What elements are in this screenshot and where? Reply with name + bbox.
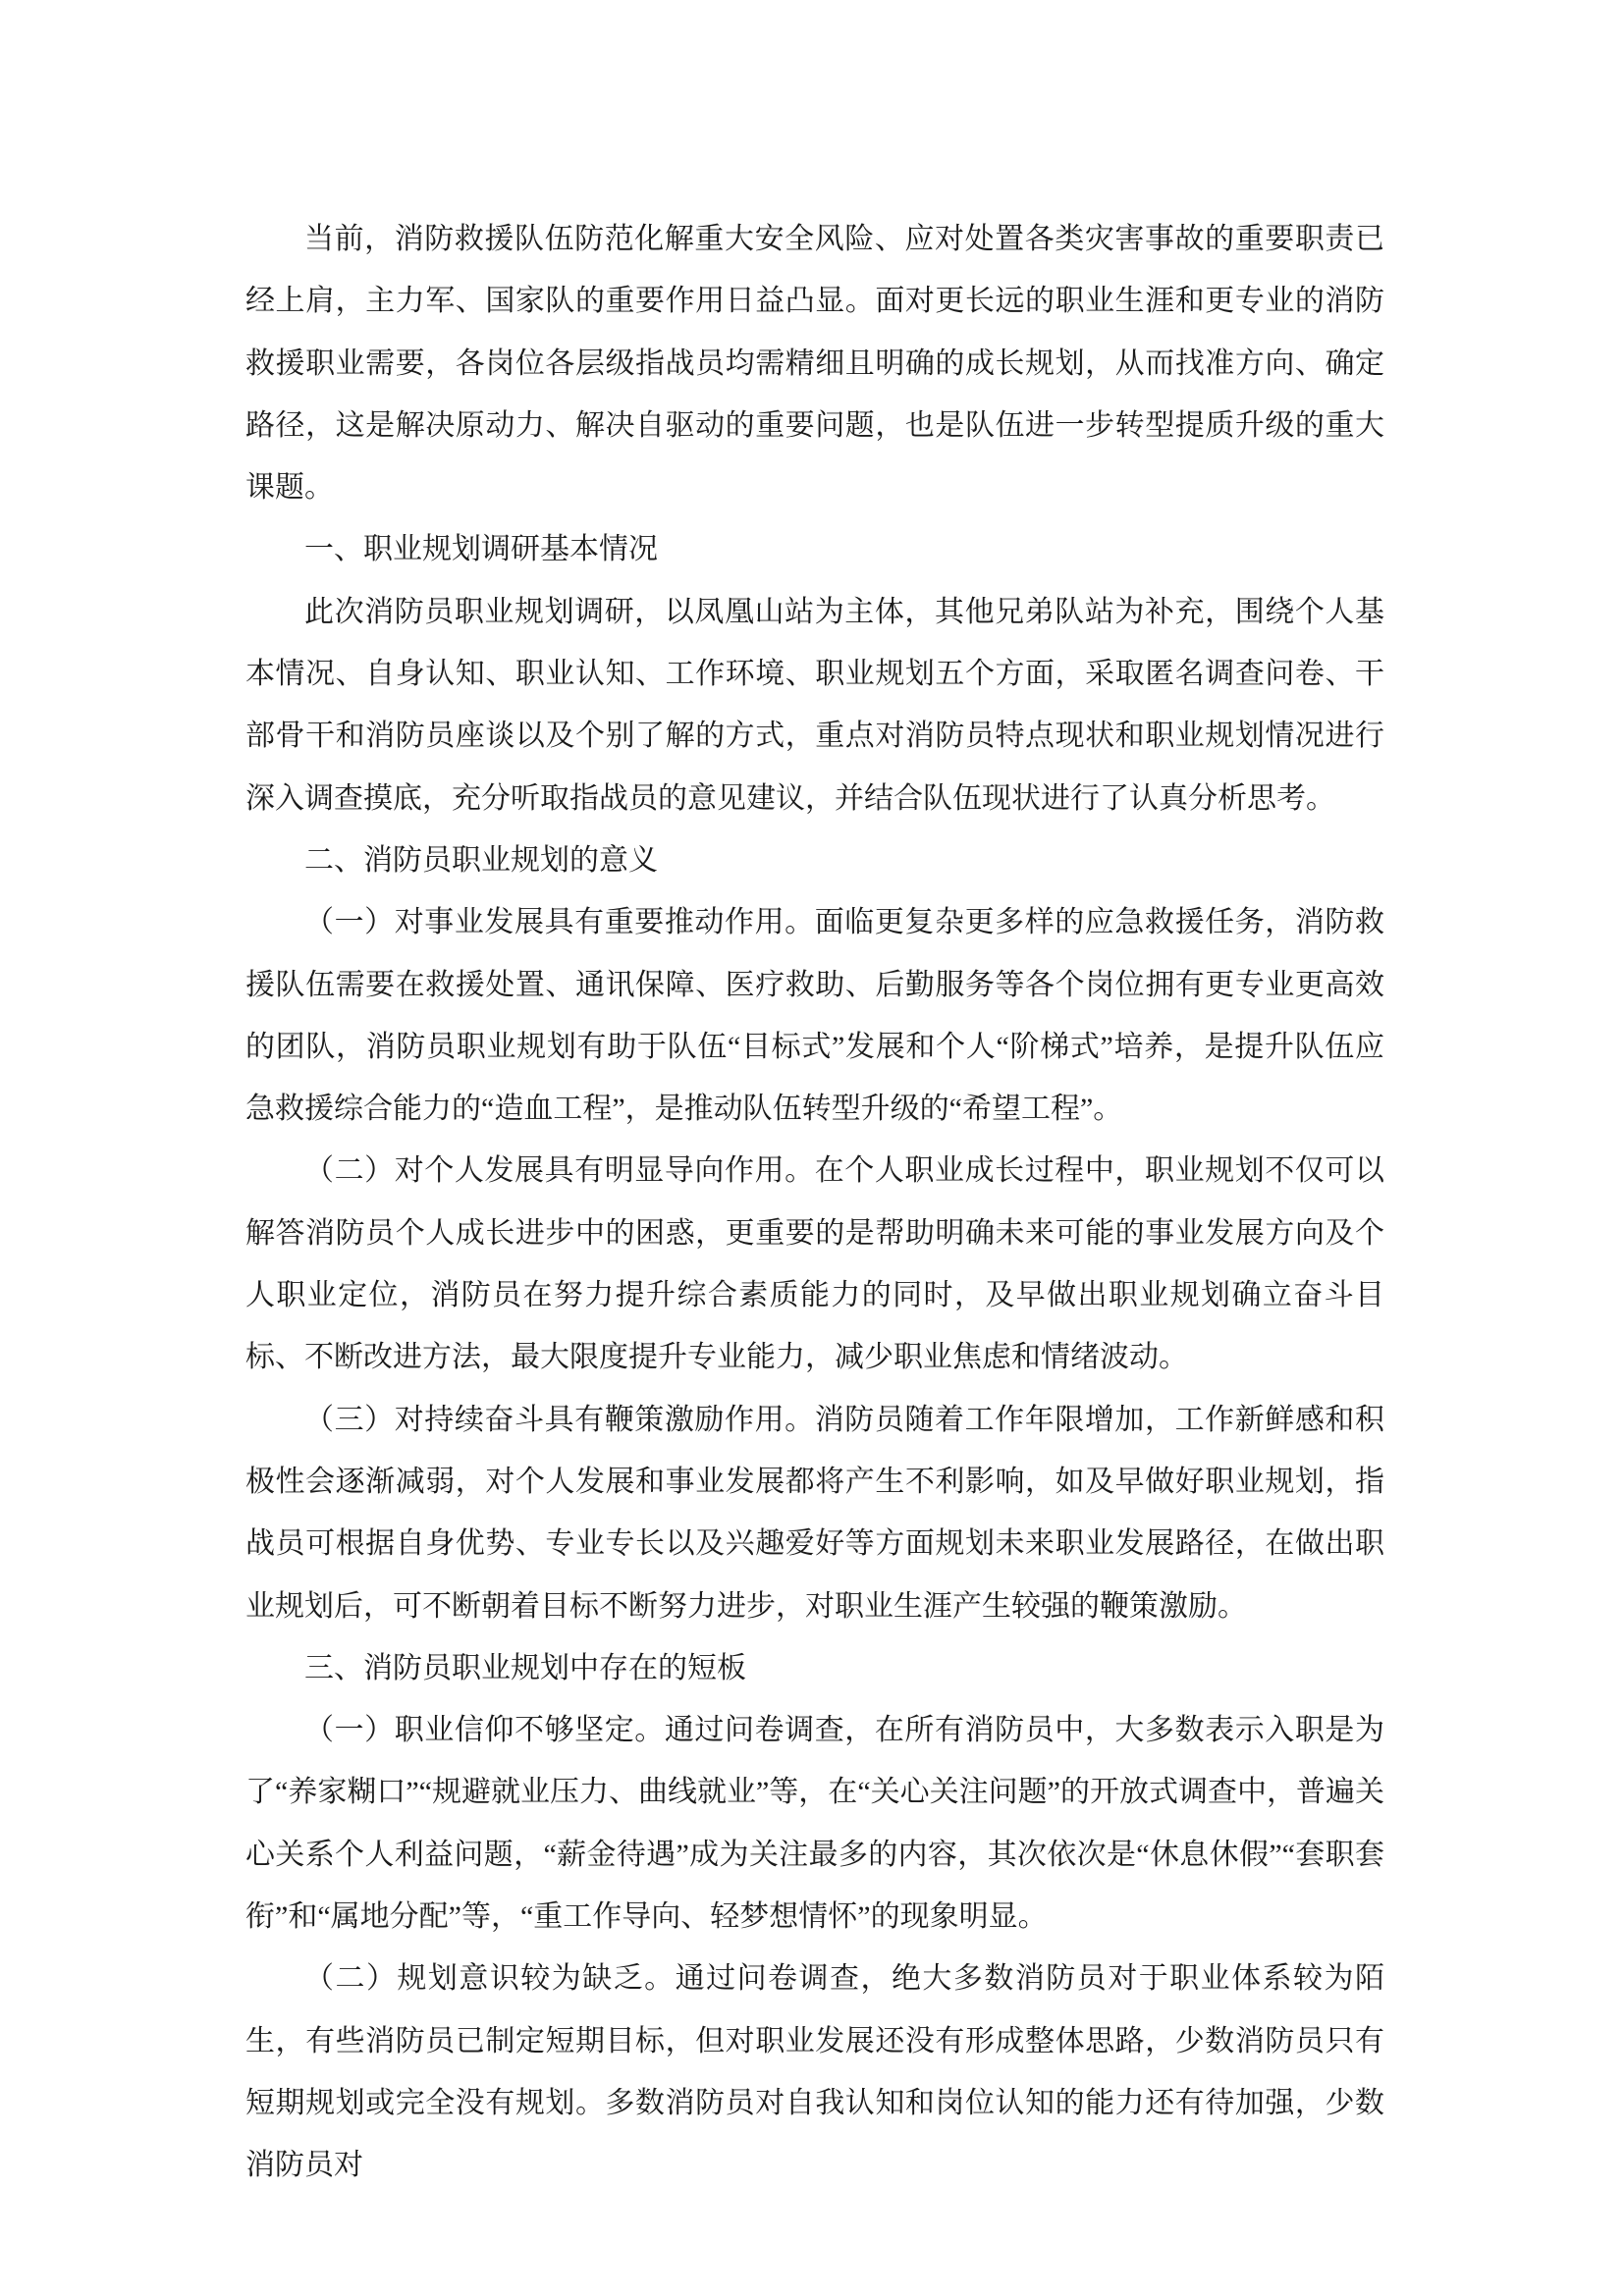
paragraph: （二）规划意识较为缺乏。通过问卷调查，绝大多数消防员对于职业体系较为陌生，有些消…	[245, 1948, 1384, 2196]
paragraph: （二）对个人发展具有明显导向作用。在个人职业成长过程中，职业规划不仅可以解答消防…	[245, 1140, 1384, 1388]
paragraph: 当前，消防救援队伍防范化解重大安全风险、应对处置各类灾害事故的重要职责已经上肩，…	[245, 208, 1384, 518]
paragraph: 此次消防员职业规划调研，以凤凰山站为主体，其他兄弟队站为补充，围绕个人基本情况、…	[245, 581, 1384, 829]
document-page: 当前，消防救援队伍防范化解重大安全风险、应对处置各类灾害事故的重要职责已经上肩，…	[0, 0, 1624, 2296]
paragraph: （三）对持续奋斗具有鞭策激励作用。消防员随着工作年限增加，工作新鲜感和积极性会逐…	[245, 1389, 1384, 1637]
section-heading: 二、消防员职业规划的意义	[245, 829, 1384, 891]
paragraph: （一）对事业发展具有重要推动作用。面临更复杂更多样的应急救援任务，消防救援队伍需…	[245, 891, 1384, 1140]
section-heading: 三、消防员职业规划中存在的短板	[245, 1637, 1384, 1699]
paragraph: （一）职业信仰不够坚定。通过问卷调查，在所有消防员中，大多数表示入职是为了“养家…	[245, 1699, 1384, 1948]
document-content: 当前，消防救援队伍防范化解重大安全风险、应对处置各类灾害事故的重要职责已经上肩，…	[245, 208, 1384, 2197]
section-heading: 一、职业规划调研基本情况	[245, 518, 1384, 580]
